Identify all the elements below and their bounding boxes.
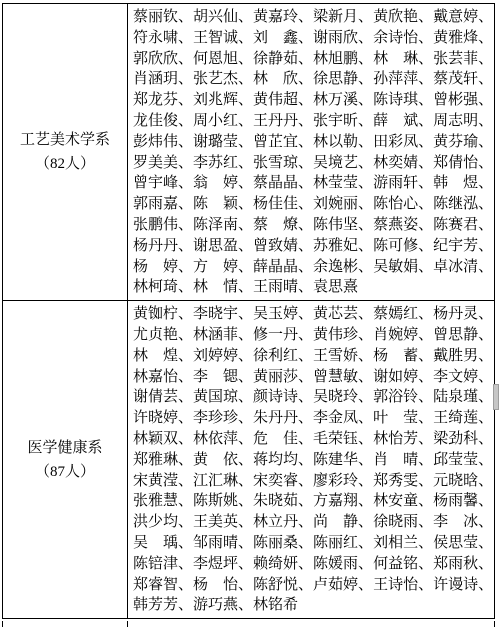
person-name: 蔡燕姿、 <box>373 215 433 236</box>
department-name: 工艺美术学系 <box>20 128 110 152</box>
person-name: 刘 鑫、 <box>253 28 313 49</box>
name-line: 林 煌、刘婷婷、徐利红、王雪娇、杨 蓄、戴胜男、 <box>133 346 493 367</box>
person-name: 杨雨馨、 <box>433 491 493 512</box>
name-line: 宋黄滢、江汇琳、宋奕睿、廖彩玲、郑秀雯、元晓晗、 <box>133 471 493 492</box>
person-name: 陈舒悦、 <box>253 575 313 596</box>
table-row: 医学健康系 （87人） 黄铷柠、李晓宇、吴玉婷、黄芯芸、蔡嫣红、杨丹灵、尤贞艳、… <box>3 301 494 618</box>
person-name: 郭欣欣、 <box>133 49 193 70</box>
person-name: 林安童、 <box>373 491 433 512</box>
person-name: 何恩旭、 <box>193 49 253 70</box>
person-name: 吴晓玲、 <box>313 387 373 408</box>
person-name: 孙萍萍、 <box>373 69 433 90</box>
department-count: （82人） <box>35 152 95 176</box>
person-name: 杨 蓄、 <box>373 346 433 367</box>
person-name: 郭浴铃、 <box>373 387 433 408</box>
person-name: 徐思静、 <box>313 69 373 90</box>
scrollbar-thumb[interactable] <box>493 384 499 410</box>
name-line: 陈锫津、李煜坪、赖绮妍、陈媛雨、何益铭、郑雨秋、 <box>133 554 493 575</box>
person-name: 郑秀雯、 <box>373 471 433 492</box>
name-line: 杨 婷、方 婷、薛晶晶、余逸彬、吴敏娟、卓冰清、 <box>133 257 493 278</box>
name-line: 郭雨嘉、陈 颖、杨佳佳、刘婉丽、陈怡心、陈继泓、 <box>133 194 493 215</box>
person-name: 张雪琼、 <box>253 153 313 174</box>
name-line: 林嘉怡、李 锶、黄丽莎、曾慧敏、谢如婷、李文婷、 <box>133 367 493 388</box>
name-line: 张鹏伟、陈泽南、蔡 燎、陈伟坚、蔡燕姿、陈赛君、 <box>133 215 493 236</box>
person-name: 李 冰、 <box>433 512 493 533</box>
department-name: 医学健康系 <box>27 436 102 460</box>
department-cell: 工艺美术学系 （82人） <box>3 4 128 300</box>
person-name: 杨 怡、 <box>193 575 253 596</box>
person-name: 陈媛雨、 <box>313 554 373 575</box>
person-name: 徐晓雨、 <box>373 512 433 533</box>
person-name: 周小红、 <box>193 111 253 132</box>
department-count: （87人） <box>35 460 95 484</box>
person-name: 游巧燕、 <box>193 595 253 616</box>
person-name: 王丹丹、 <box>253 111 313 132</box>
person-name: 陈可修、 <box>373 236 433 257</box>
names-cell: 黄铷柠、李晓宇、吴玉婷、黄芯芸、蔡嫣红、杨丹灵、尤贞艳、林涵菲、修一丹、黄伟珍、… <box>128 301 497 618</box>
person-name: 王雨晴、 <box>253 277 313 298</box>
person-name: 黄伟珍、 <box>313 325 373 346</box>
person-name: 黄铷柠、 <box>133 304 193 325</box>
person-name: 郑雨秋、 <box>433 554 493 575</box>
person-name: 蔡丽钦、 <box>133 7 193 28</box>
person-name: 方 婷、 <box>193 257 253 278</box>
person-name: 陈赛君、 <box>433 215 493 236</box>
person-name: 林颖双、 <box>133 429 193 450</box>
name-line: 肖涵玥、张艺杰、林 欣、徐思静、孙萍萍、蔡茂轩、 <box>133 69 493 90</box>
name-line: 许晓婷、李珍珍、朱丹丹、李金凤、叶 莹、王绮莲、 <box>133 408 493 429</box>
person-name: 周志明、 <box>433 111 493 132</box>
person-name: 黄伟超、 <box>253 90 313 111</box>
person-name: 肖 晴、 <box>373 450 433 471</box>
person-name: 修一丹、 <box>253 325 313 346</box>
name-line: 郑龙芬、刘兆辉、黄伟超、林万溪、陈诗琪、曾彬强、 <box>133 90 493 111</box>
person-name: 陈怡心、 <box>373 194 433 215</box>
roster-table: 工艺美术学系 （82人） 蔡丽钦、胡兴仙、黄嘉玲、梁新月、黄欣艳、戴意婷、符永啸… <box>2 3 495 619</box>
person-name: 黄嘉玲、 <box>253 7 313 28</box>
person-name: 李煜坪、 <box>193 554 253 575</box>
name-line: 洪少均、王美英、林立丹、尚 静、徐晓雨、李 冰、 <box>133 512 493 533</box>
person-name: 尤贞艳、 <box>133 325 193 346</box>
name-line: 谢倩芸、黄国琼、颜诗诗、吴晓玲、郭浴铃、陆泉瑾、 <box>133 387 493 408</box>
person-name: 刘婷婷、 <box>193 346 253 367</box>
person-name: 谢雨欣、 <box>313 28 373 49</box>
person-name: 田彩凤、 <box>373 132 433 153</box>
person-name: 林依萍、 <box>193 429 253 450</box>
person-name: 黄 依、 <box>193 450 253 471</box>
person-name: 刘婉丽、 <box>313 194 373 215</box>
person-name: 黄雅烽、 <box>433 28 493 49</box>
person-name: 张鹏伟、 <box>133 215 193 236</box>
person-name: 朱晓茹、 <box>253 491 313 512</box>
person-name: 陈伟坚、 <box>313 215 373 236</box>
person-name: 曾彬强、 <box>433 90 493 111</box>
person-name: 陈泽南、 <box>193 215 253 236</box>
person-name: 叶 莹、 <box>373 408 433 429</box>
person-name: 林 煌、 <box>133 346 193 367</box>
person-name: 林旭鹏、 <box>313 49 373 70</box>
person-name: 林涵菲、 <box>193 325 253 346</box>
person-name: 颜诗诗、 <box>253 387 313 408</box>
person-name: 李文婷、 <box>433 367 493 388</box>
person-name: 杨 婷、 <box>133 257 193 278</box>
person-name: 郑雅琳、 <box>133 450 193 471</box>
person-name: 谢思盈、 <box>193 236 253 257</box>
person-name: 林莹莹、 <box>313 173 373 194</box>
person-name: 吴 瑀、 <box>133 533 193 554</box>
person-name: 刘兆辉、 <box>193 90 253 111</box>
person-name: 林 情、 <box>193 277 253 298</box>
person-name: 郑龙芬、 <box>133 90 193 111</box>
person-name: 尚 静、 <box>313 512 373 533</box>
person-name: 李晓宇、 <box>193 304 253 325</box>
name-line: 彭炜伟、谢璐莹、曾芷宜、林以勒、田彩凤、黄芬瑜、 <box>133 132 493 153</box>
person-name: 蔡嫣红、 <box>373 304 433 325</box>
person-name: 张芸菲、 <box>433 49 493 70</box>
person-name: 吴境艺、 <box>313 153 373 174</box>
person-name: 陈继泓、 <box>433 194 493 215</box>
person-name: 蔡 燎、 <box>253 215 313 236</box>
person-name: 吴玉婷、 <box>253 304 313 325</box>
person-name: 曾慧敏、 <box>313 367 373 388</box>
person-name: 戴意婷、 <box>433 7 493 28</box>
person-name: 江汇琳、 <box>193 471 253 492</box>
person-name: 朱丹丹、 <box>253 408 313 429</box>
person-name: 黄欣艳、 <box>373 7 433 28</box>
person-name: 王智诚、 <box>193 28 253 49</box>
person-name: 林铭希 <box>253 595 298 616</box>
person-name: 徐利红、 <box>253 346 313 367</box>
person-name: 余逸彬、 <box>313 257 373 278</box>
name-line: 林颖双、林依萍、危 佳、毛荣钰、林怡芳、梁劲科、 <box>133 429 493 450</box>
person-name: 林嘉怡、 <box>133 367 193 388</box>
person-name: 曾致婧、 <box>253 236 313 257</box>
person-name: 谢倩芸、 <box>133 387 193 408</box>
person-name: 梁劲科、 <box>433 429 493 450</box>
person-name: 杨丹灵、 <box>433 304 493 325</box>
person-name: 黄芬瑜、 <box>433 132 493 153</box>
person-name: 翁 婷、 <box>193 173 253 194</box>
person-name: 洪少均、 <box>133 512 193 533</box>
name-line: 罗美美、李苏红、张雪琼、吴境艺、林奕婧、郑倩怡、 <box>133 153 493 174</box>
person-name: 李 锶、 <box>193 367 253 388</box>
person-name: 蔡茂轩、 <box>433 69 493 90</box>
person-name: 方嘉翔、 <box>313 491 373 512</box>
person-name: 陈丽红、 <box>313 533 373 554</box>
names-cell: 蔡丽钦、胡兴仙、黄嘉玲、梁新月、黄欣艳、戴意婷、符永啸、王智诚、刘 鑫、谢雨欣、… <box>128 4 497 300</box>
person-name: 陈建华、 <box>313 450 373 471</box>
person-name: 龙佳俊、 <box>133 111 193 132</box>
name-line: 吴 瑀、邹雨晴、陈丽桑、陈丽红、刘相兰、侯思莹、 <box>133 533 493 554</box>
person-name: 王绮莲、 <box>433 408 493 429</box>
name-line: 曾宇峰、翁 婷、蔡晶晶、林莹莹、游雨轩、韩 煜、 <box>133 173 493 194</box>
person-name: 余诗怡、 <box>373 28 433 49</box>
name-line: 蔡丽钦、胡兴仙、黄嘉玲、梁新月、黄欣艳、戴意婷、 <box>133 7 493 28</box>
person-name: 宋奕睿、 <box>253 471 313 492</box>
person-name: 李金凤、 <box>313 408 373 429</box>
person-name: 毛荣钰、 <box>313 429 373 450</box>
person-name: 宋黄滢、 <box>133 471 193 492</box>
person-name: 王雪娇、 <box>313 346 373 367</box>
person-name: 卓冰清、 <box>433 257 493 278</box>
name-line: 林柯琦、林 情、王雨晴、袁思熹 <box>133 277 493 298</box>
person-name: 林立丹、 <box>253 512 313 533</box>
person-name: 赖绮妍、 <box>253 554 313 575</box>
name-line: 杨丹丹、谢思盈、曾致婧、苏雅妃、陈可修、纪宇芳、 <box>133 236 493 257</box>
person-name: 危 佳、 <box>253 429 313 450</box>
person-name: 王美英、 <box>193 512 253 533</box>
department-cell: 医学健康系 （87人） <box>3 301 128 618</box>
person-name: 蔡晶晶、 <box>253 173 313 194</box>
person-name: 林以勒、 <box>313 132 373 153</box>
table-row: 工艺美术学系 （82人） 蔡丽钦、胡兴仙、黄嘉玲、梁新月、黄欣艳、戴意婷、符永啸… <box>3 4 494 301</box>
person-name: 郭雨嘉、 <box>133 194 193 215</box>
name-line: 郭欣欣、何恩旭、徐静茹、林旭鹏、林 琳、张芸菲、 <box>133 49 493 70</box>
person-name: 郑睿智、 <box>133 575 193 596</box>
person-name: 杨丹丹、 <box>133 236 193 257</box>
person-name: 张艺杰、 <box>193 69 253 90</box>
person-name: 李珍珍、 <box>193 408 253 429</box>
person-name: 陈丽桑、 <box>253 533 313 554</box>
person-name: 肖婉婷、 <box>373 325 433 346</box>
person-name: 梁新月、 <box>313 7 373 28</box>
person-name: 韩芳芳、 <box>133 595 193 616</box>
person-name: 黄丽莎、 <box>253 367 313 388</box>
person-name: 廖彩玲、 <box>313 471 373 492</box>
person-name: 陈诗琪、 <box>373 90 433 111</box>
person-name: 林 琳、 <box>373 49 433 70</box>
person-name: 韩 煜、 <box>433 173 493 194</box>
person-name: 曾宇峰、 <box>133 173 193 194</box>
name-line: 符永啸、王智诚、刘 鑫、谢雨欣、余诗怡、黄雅烽、 <box>133 28 493 49</box>
person-name: 戴胜男、 <box>433 346 493 367</box>
person-name: 邹雨晴、 <box>193 533 253 554</box>
person-name: 吴敏娟、 <box>373 257 433 278</box>
person-name: 何益铭、 <box>373 554 433 575</box>
person-name: 陈 颖、 <box>193 194 253 215</box>
person-name: 符永啸、 <box>133 28 193 49</box>
person-name: 陈锫津、 <box>133 554 193 575</box>
person-name: 张宇昕、 <box>313 111 373 132</box>
name-line: 韩芳芳、游巧燕、林铭希 <box>133 595 493 616</box>
column-divider <box>127 621 128 627</box>
person-name: 薛晶晶、 <box>253 257 313 278</box>
person-name: 袁思熹 <box>313 277 358 298</box>
next-row-partial <box>2 621 495 627</box>
person-name: 曾芷宜、 <box>253 132 313 153</box>
person-name: 卢茹婷、 <box>313 575 373 596</box>
person-name: 林 欣、 <box>253 69 313 90</box>
person-name: 徐静茹、 <box>253 49 313 70</box>
person-name: 许晓婷、 <box>133 408 193 429</box>
person-name: 黄国琼、 <box>193 387 253 408</box>
person-name: 谢璐莹、 <box>193 132 253 153</box>
person-name: 苏雅妃、 <box>313 236 373 257</box>
person-name: 邱莹莹、 <box>433 450 493 471</box>
person-name: 张雅慧、 <box>133 491 193 512</box>
name-line: 郑雅琳、黄 依、蒋均均、陈建华、肖 晴、邱莹莹、 <box>133 450 493 471</box>
person-name: 元晓晗、 <box>433 471 493 492</box>
person-name: 肖涵玥、 <box>133 69 193 90</box>
person-name: 林柯琦、 <box>133 277 193 298</box>
person-name: 谢如婷、 <box>373 367 433 388</box>
person-name: 胡兴仙、 <box>193 7 253 28</box>
person-name: 纪宇芳、 <box>433 236 493 257</box>
person-name: 林奕婧、 <box>373 153 433 174</box>
person-name: 罗美美、 <box>133 153 193 174</box>
person-name: 李苏红、 <box>193 153 253 174</box>
person-name: 许谩诗、 <box>433 575 493 596</box>
person-name: 陆泉瑾、 <box>433 387 493 408</box>
name-line: 尤贞艳、林涵菲、修一丹、黄伟珍、肖婉婷、曾思静、 <box>133 325 493 346</box>
person-name: 侯思莹、 <box>433 533 493 554</box>
name-line: 黄铷柠、李晓宇、吴玉婷、黄芯芸、蔡嫣红、杨丹灵、 <box>133 304 493 325</box>
person-name: 薛 斌、 <box>373 111 433 132</box>
person-name: 林万溪、 <box>313 90 373 111</box>
person-name: 黄芯芸、 <box>313 304 373 325</box>
person-name: 杨佳佳、 <box>253 194 313 215</box>
person-name: 蒋均均、 <box>253 450 313 471</box>
person-name: 刘相兰、 <box>373 533 433 554</box>
person-name: 彭炜伟、 <box>133 132 193 153</box>
person-name: 郑倩怡、 <box>433 153 493 174</box>
person-name: 王诗怡、 <box>373 575 433 596</box>
name-line: 龙佳俊、周小红、王丹丹、张宇昕、薛 斌、周志明、 <box>133 111 493 132</box>
name-line: 郑睿智、杨 怡、陈舒悦、卢茹婷、王诗怡、许谩诗、 <box>133 575 493 596</box>
person-name: 陈斯姚、 <box>193 491 253 512</box>
name-line: 张雅慧、陈斯姚、朱晓茹、方嘉翔、林安童、杨雨馨、 <box>133 491 493 512</box>
person-name: 林怡芳、 <box>373 429 433 450</box>
person-name: 游雨轩、 <box>373 173 433 194</box>
person-name: 曾思静、 <box>433 325 493 346</box>
